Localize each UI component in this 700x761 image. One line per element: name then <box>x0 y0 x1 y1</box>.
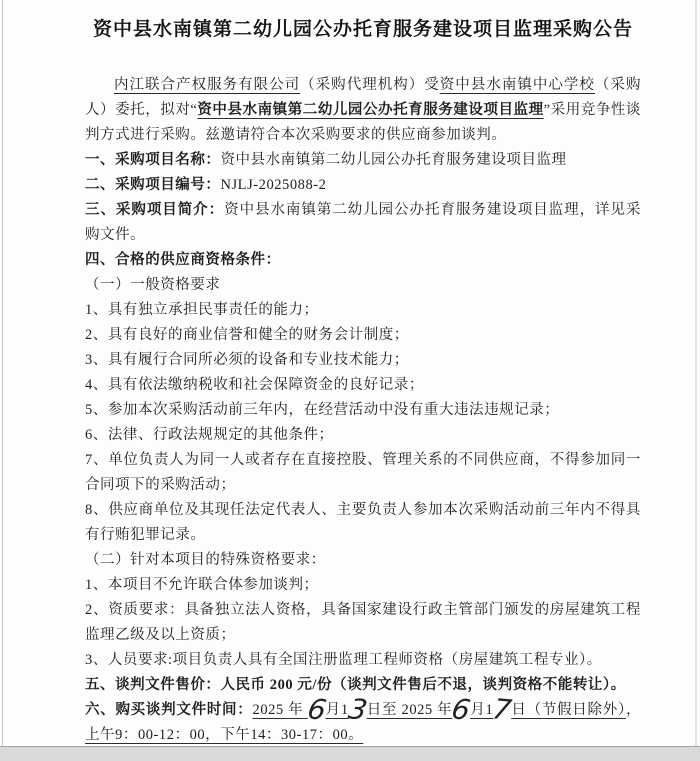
general-requirement-item: 1、具有独立承担民事责任的能力； <box>85 298 641 323</box>
page-left-edge <box>2 0 3 761</box>
date-text: 月1 <box>325 702 348 718</box>
general-requirement-item: 8、供应商单位及其现任法定代表人、主要负责人参加本次采购活动前三年内不得具有行贿… <box>85 498 641 548</box>
section-label: 一、采购项目名称： <box>85 152 220 168</box>
general-requirements-heading: （一）一般资格要求 <box>85 273 641 298</box>
price-text: 人民币 200 元/份（谈判文件售后不退，谈判资格不能转让）。 <box>220 677 625 693</box>
section-label: 四、合格的供应商资格条件： <box>85 252 281 268</box>
scanned-document-page: 资中县水南镇第二幼儿园公办托育服务建设项目监理采购公告 内江联合产权服务有限公司… <box>0 0 700 761</box>
comma-text: ， <box>626 702 641 718</box>
project-number: NJLJ-2025088-2 <box>220 177 326 193</box>
section-project-brief: 三、采购项目简介：资中县水南镇第二幼儿园公办托育服务建设项目监理，详见采购文件。 <box>85 198 641 248</box>
handwritten-day: 7 <box>492 704 512 715</box>
special-requirement-item: 1、本项目不允许联合体参加谈判； <box>85 573 641 598</box>
special-requirement-item: 3、人员要求:项目负责人具有全国注册监理工程师资格（房屋建筑工程专业）。 <box>85 648 641 673</box>
document-content: 资中县水南镇第二幼儿园公办托育服务建设项目监理采购公告 内江联合产权服务有限公司… <box>85 14 641 748</box>
page-title: 资中县水南镇第二幼儿园公办托育服务建设项目监理采购公告 <box>85 14 641 41</box>
section-supplier-qualification: 四、合格的供应商资格条件： <box>85 248 641 273</box>
section-project-number: 二、采购项目编号：NJLJ-2025088-2 <box>85 173 641 198</box>
project-name: 资中县水南镇第二幼儿园公办托育服务建设项目监理 <box>197 102 543 118</box>
general-requirement-item: 2、具有良好的商业信誉和健全的财务会计制度； <box>85 323 641 348</box>
section-project-name: 一、采购项目名称：资中县水南镇第二幼儿园公办托育服务建设项目监理 <box>85 148 641 173</box>
section-label: 三、采购项目简介： <box>85 202 224 218</box>
date-text: 月1 <box>470 702 493 718</box>
general-requirement-item: 5、参加本次采购活动前三年内，在经营活动中没有重大违法违规记录； <box>85 398 641 423</box>
purchaser-name: 资中县水南镇中心学校 <box>440 77 595 93</box>
date-range: 2025 年 6月13日至 2025 年6月17日（节假日除外） <box>253 702 626 718</box>
date-text: 2025 年 <box>253 702 308 718</box>
handwritten-month: 6 <box>307 704 327 715</box>
general-requirement-item: 7、单位负责人为同一人或者存在直接控股、管理关系的不同供应商，不得参加同一合同项… <box>85 448 641 498</box>
section-value: 资中县水南镇第二幼儿园公办托育服务建设项目监理 <box>220 152 566 168</box>
page-right-edge <box>695 0 697 747</box>
section-label: 五、谈判文件售价： <box>85 677 220 693</box>
special-requirement-item: 2、资质要求：具备独立法人资格，具备国家建设行政主管部门颁发的房屋建筑工程监理乙… <box>85 598 641 648</box>
section-purchase-time: 六、购买谈判文件时间：2025 年 6月13日至 2025 年6月17日（节假日… <box>85 698 641 748</box>
intro-paragraph: 内江联合产权服务有限公司（采购代理机构）受资中县水南镇中心学校（采购人）委托，拟… <box>85 73 641 148</box>
intro-text: （采购代理机构）受 <box>300 77 440 93</box>
general-requirement-item: 6、法律、行政法规规定的其他条件； <box>85 423 641 448</box>
time-range: 上午9：00-12：00，下午14：30-17：00。 <box>85 727 363 743</box>
agency-name: 内江联合产权服务有限公司 <box>114 77 300 93</box>
general-requirement-item: 3、具有履行合同所必须的设备和专业技术能力； <box>85 348 641 373</box>
handwritten-day: 3 <box>348 704 368 715</box>
section-label: 二、采购项目编号： <box>85 177 220 193</box>
date-text: 日至 2025 年 <box>367 702 453 718</box>
scan-bottom-band <box>0 746 700 761</box>
section-label: 六、购买谈判文件时间： <box>85 702 253 718</box>
handwritten-month: 6 <box>451 704 471 715</box>
date-text: 日（节假日除外） <box>511 702 626 718</box>
special-requirements-heading: （二）针对本项目的特殊资格要求： <box>85 548 641 573</box>
general-requirement-item: 4、具有依法缴纳税收和社会保障资金的良好记录； <box>85 373 641 398</box>
